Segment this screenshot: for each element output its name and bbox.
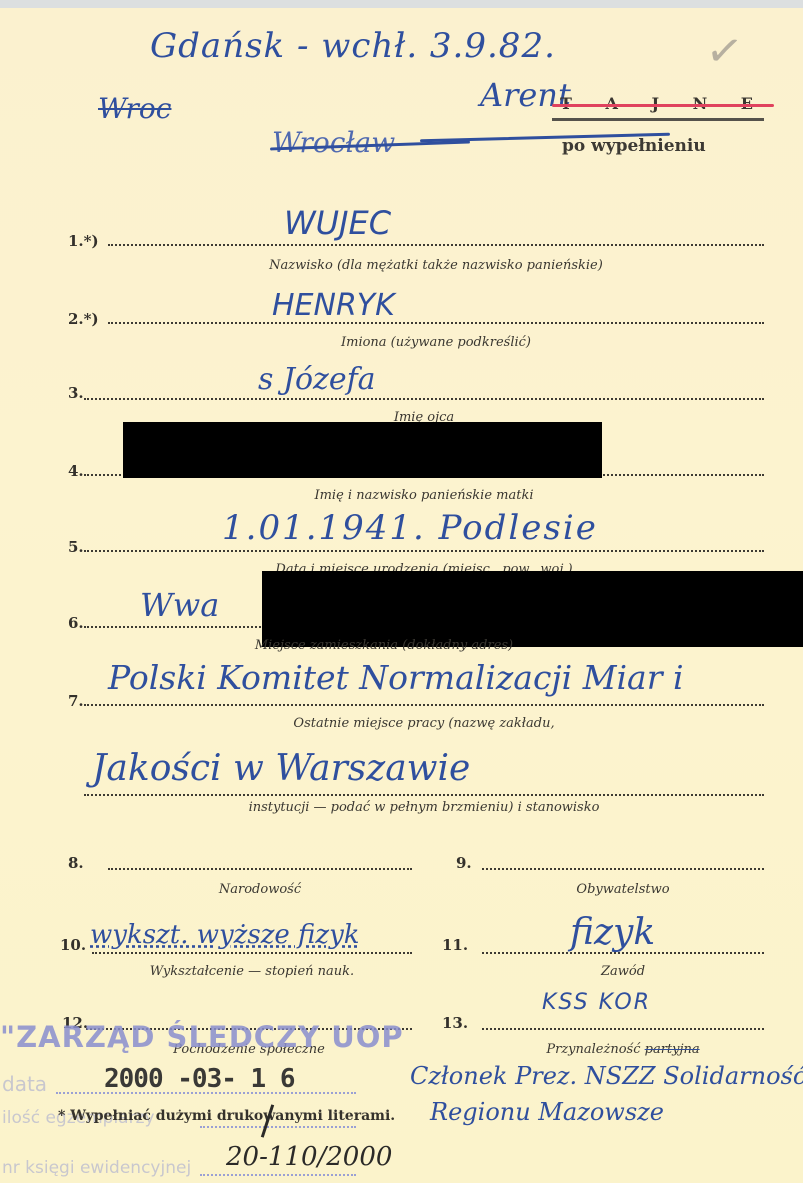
field-7-caption-line2: instytucji — podać w pełnym brzmieniu) i… xyxy=(84,800,764,815)
stamp-date-label: data xyxy=(2,1072,47,1096)
field-8-number: 8. xyxy=(68,854,84,872)
field-10-value: wykszt. wyższe fizyk xyxy=(90,920,360,950)
field-13-line xyxy=(482,1028,764,1030)
field-10-number: 10. xyxy=(60,936,86,954)
field-10-line xyxy=(92,952,412,954)
field-2-line xyxy=(108,322,764,324)
field-2-caption: Imiona (używane podkreślić) xyxy=(108,335,764,350)
handwritten-struck-city: Wroc xyxy=(98,92,171,125)
field-5-value: 1.01.1941. Podlesie xyxy=(222,508,598,548)
handwritten-codename: Arent xyxy=(480,76,571,114)
field-7-value-line2: Jakości w Warszawie xyxy=(92,748,470,789)
field-2-value: HENRYK xyxy=(272,288,395,323)
classification-red-strike xyxy=(552,104,774,107)
field-9-number: 9. xyxy=(456,854,472,872)
field-8-caption: Narodowość xyxy=(108,882,412,897)
stamp-title: "ZARZĄD ŚLEDCZY UOP xyxy=(0,1020,404,1054)
checkmark-icon: ✓ xyxy=(703,24,747,80)
stamp-register-value: 20-110/2000 xyxy=(226,1142,392,1172)
field-3-value: s Józefa xyxy=(258,362,376,397)
field-7-number: 7. xyxy=(68,692,84,710)
field-7-caption: Ostatnie miejsce pracy (nazwę zakładu, xyxy=(84,716,764,731)
field-7-line xyxy=(84,704,764,706)
field-13-extra-line1: Członek Prez. NSZZ Solidarność xyxy=(410,1062,803,1090)
field-13-caption: Przynależność partyjna xyxy=(482,1042,764,1057)
field-1-number: 1.*) xyxy=(68,232,99,250)
field-3-number: 3. xyxy=(68,384,84,402)
field-10-caption: Wykształcenie — stopień nauk. xyxy=(92,964,412,979)
field-1-line xyxy=(108,244,764,246)
stamp-date-value: 2000 -03- 1 6 xyxy=(104,1064,295,1094)
field-9-line xyxy=(482,868,764,870)
handwritten-struck-city-2: Wrocław xyxy=(272,126,395,159)
classification-sublabel: po wypełnieniu xyxy=(562,136,706,156)
redaction-box-address xyxy=(262,571,803,647)
field-3-line xyxy=(84,398,764,400)
field-4-caption: Imię i nazwisko panieńskie matki xyxy=(84,488,764,503)
field-7-line-2 xyxy=(84,794,764,796)
redaction-box-mother-name xyxy=(123,422,602,478)
field-13-extra-line2: Regionu Mazowsze xyxy=(430,1098,664,1126)
stamp-register-line xyxy=(200,1174,356,1176)
field-11-caption: Zawód xyxy=(482,964,764,979)
field-6-caption: Miejsce zamieszkania (dokładny adres) xyxy=(84,638,684,653)
document-page: Gdańsk - wchł. 3.9.82. Wroc Wrocław Aren… xyxy=(0,8,803,1183)
field-5-number: 5. xyxy=(68,538,84,556)
stamp-copies-line xyxy=(200,1126,356,1128)
footnote: * Wypełniać dużymi drukowanymi literami. xyxy=(58,1108,395,1124)
field-13-number: 13. xyxy=(442,1014,468,1032)
field-7-value: Polski Komitet Normalizacji Miar i xyxy=(108,658,684,697)
field-5-line xyxy=(84,550,764,552)
field-13-value: KSS KOR xyxy=(542,990,651,1015)
classification-underline xyxy=(552,118,764,121)
field-6-number: 6. xyxy=(68,614,84,632)
field-2-number: 2.*) xyxy=(68,310,99,328)
stamp-register-label: nr księgi ewidencyjnej xyxy=(2,1158,191,1178)
field-8-line xyxy=(108,868,412,870)
field-1-caption: Nazwisko (dla mężatki także nazwisko pan… xyxy=(108,258,764,273)
field-1-value: WUJEC xyxy=(284,204,391,242)
field-11-number: 11. xyxy=(442,936,468,954)
handwritten-transfer-note: Gdańsk - wchł. 3.9.82. xyxy=(150,26,556,66)
field-9-caption: Obywatelstwo xyxy=(482,882,764,897)
field-6-value: Wwa xyxy=(140,586,219,624)
field-11-value: fizyk xyxy=(570,912,655,953)
field-4-number: 4. xyxy=(68,462,84,480)
